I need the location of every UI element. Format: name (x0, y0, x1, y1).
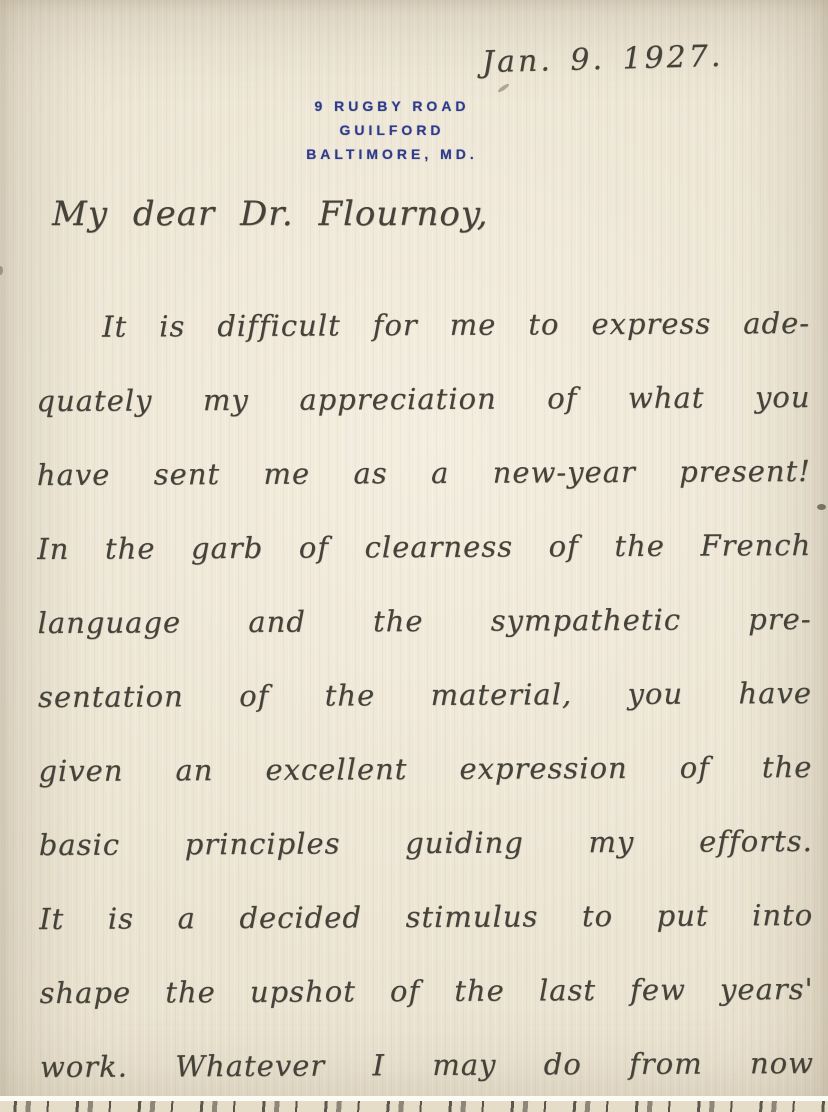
ink-speck (817, 504, 826, 510)
body-line: In the garb of clearness of the French (37, 508, 811, 586)
body-line: shape the upshot of the last few years' (39, 952, 813, 1030)
body-line: It is difficult for me to express ade- (36, 286, 810, 364)
letterhead: 9 RUGBY ROAD GUILFORD BALTIMORE, MD. (292, 94, 492, 166)
letter-date: Jan. 9. 1927. (482, 39, 724, 80)
body-line: given an excellent expression of the (38, 730, 812, 808)
letterhead-city: BALTIMORE, MD. (292, 142, 492, 166)
salutation: My dear Dr. Flournoy, (52, 194, 488, 234)
body-line: quately my appreciation of what you (36, 360, 810, 438)
body-line: It is a decided stimulus to put into (39, 878, 813, 956)
body-line: work. Whatever I may do from now (40, 1026, 814, 1104)
letterhead-neighborhood: GUILFORD (292, 118, 492, 142)
letter-body: It is difficult for me to express ade- q… (36, 286, 814, 1104)
body-line: sentation of the material, you have (38, 656, 812, 734)
body-line: language and the sympathetic pre- (37, 582, 811, 660)
body-line: have sent me as a new-year present! (37, 434, 811, 512)
letterhead-street: 9 RUGBY ROAD (292, 94, 492, 118)
pencil-mark (497, 83, 510, 94)
letter-page: Jan. 9. 1927. 9 RUGBY ROAD GUILFORD BALT… (0, 0, 828, 1112)
cutoff-line-fragment (0, 1101, 828, 1112)
body-line: basic principles guiding my efforts. (39, 804, 813, 882)
ink-speck (0, 266, 3, 275)
